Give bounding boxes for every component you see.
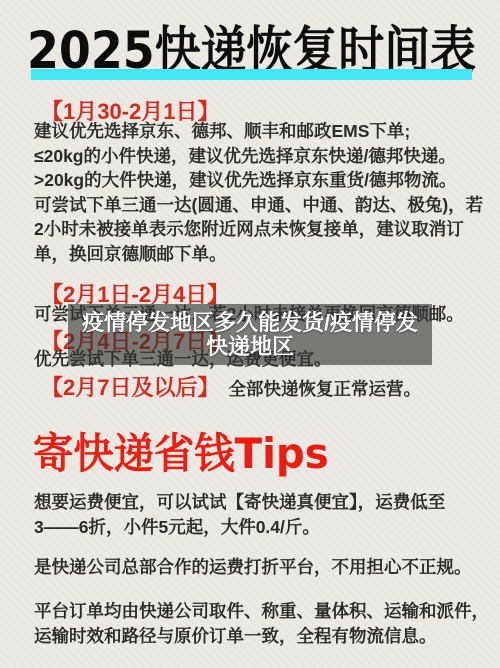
tips-paragraph-2: 是快递公司总部合作的运费打折平台，不用担心不正规。 [34, 555, 472, 580]
body-line: 平台订单均由快递公司取件、称重、量体积、运输和派件， [34, 599, 489, 624]
body-line: 运输时效和路径与原价订单一致，全程有物流信息。 [34, 624, 489, 649]
body-line: >20kg的大件快递，建议优先选择京东重货/德邦物流。 [34, 168, 483, 193]
tips-heading: 寄快递省钱Tips [33, 421, 329, 481]
section-heading-feb7-after: 【2月7日及以后】 [41, 371, 219, 402]
title-underline-bar [31, 69, 472, 80]
section-row-feb7-after: 【2月7日及以后】 全部快递恢复正常运营。 [41, 371, 421, 402]
body-line: ≤20kg的小件快递，建议优先选择京东快递/德邦快递。 [34, 144, 483, 169]
body-line: 建议优先选择京东、德邦、顺丰和邮政EMS下单; [34, 119, 483, 144]
watermark-overlay: 疫情停发地区多久能发货/疫情停发 快递地区 [68, 304, 432, 365]
body-line: 可尝试下单三通一达(圆通、申通、中通、韵达、极兔)，若 [34, 193, 483, 218]
body-line: 2小时未被接单表示您附近网点未恢复接单，建议取消订 [34, 217, 483, 242]
body-line: 3——6折，小件5元起，大件0.4/斤。 [34, 515, 445, 540]
watermark-line-1: 疫情停发地区多久能发货/疫情停发 [82, 311, 418, 335]
section-text-feb7-after: 全部快递恢复正常运营。 [228, 376, 421, 401]
tips-paragraph-3: 平台订单均由快递公司取件、称重、量体积、运输和派件， 运输时效和路径与原价订单一… [34, 599, 489, 648]
section-body-jan30-feb1: 建议优先选择京东、德邦、顺丰和邮政EMS下单; ≤20kg的小件快递，建议优先选… [34, 119, 483, 266]
poster-page: 2025快递恢复时间表 【1月30-2月1日】 建议优先选择京东、德邦、顺丰和邮… [0, 0, 500, 668]
body-line: 是快递公司总部合作的运费打折平台，不用担心不正规。 [34, 555, 472, 580]
body-line: 单，换回京德顺邮下单。 [34, 242, 483, 267]
body-line: 想要运费便宜，可以试试【寄快递真便宜】，运费低至 [34, 490, 445, 515]
tips-paragraph-1: 想要运费便宜，可以试试【寄快递真便宜】，运费低至 3——6折，小件5元起，大件0… [34, 490, 445, 539]
watermark-line-2: 快递地区 [206, 335, 294, 359]
